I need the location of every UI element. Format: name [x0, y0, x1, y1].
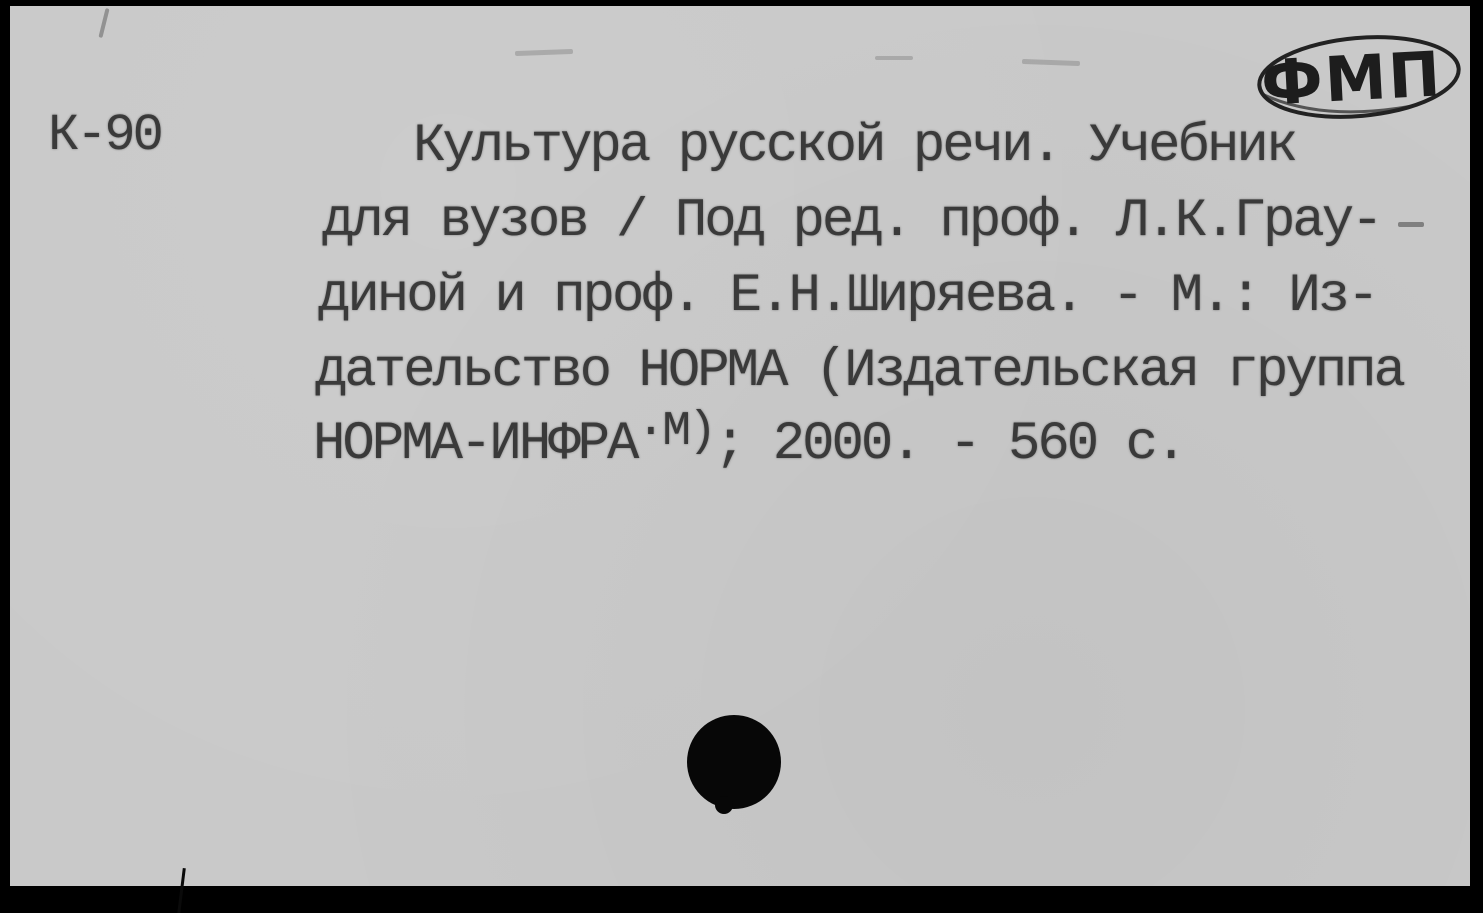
bib-line-5-suffix: ; 2000. - 560 с. [714, 414, 1184, 475]
smudge-mark [515, 49, 573, 56]
smudge-mark [1398, 222, 1424, 227]
handwritten-stamp: ФМП [1252, 24, 1472, 132]
bib-line-3: диной и проф. Е.Н.Ширяева. - М.: Из- [318, 266, 1377, 327]
hole-punch-circle [687, 715, 781, 809]
bib-line-5-prefix: НОРМА-ИНФРА [313, 414, 636, 475]
smudge-mark [875, 56, 913, 60]
stamp-text: ФМП [1259, 37, 1444, 119]
hole-punch-tail [715, 796, 733, 814]
smudge-mark [98, 8, 109, 38]
scan-edge-left [0, 0, 10, 913]
bib-line-2: для вузов / Под ред. проф. Л.К.Грау- [322, 191, 1381, 252]
smudge-mark [1022, 59, 1080, 66]
scan-edge-bottom [0, 886, 1483, 913]
hole-punch-dot [678, 706, 793, 821]
bib-line-5-raised-segment: ·М) [636, 405, 713, 459]
catalog-card: К-90 Культура русской речи. Учебник для … [10, 6, 1470, 886]
call-number: К-90 [48, 106, 161, 165]
bib-line-5: НОРМА-ИНФРА·М); 2000. - 560 с. [313, 414, 1184, 475]
scan-edge-top [0, 0, 1483, 6]
scan-edge-right [1470, 0, 1483, 913]
bib-line-4: дательство НОРМА (Издательская группа [315, 341, 1403, 402]
scanned-catalog-card-scene: К-90 Культура русской речи. Учебник для … [0, 0, 1483, 913]
bib-line-1: Культура русской речи. Учебник [413, 116, 1295, 177]
